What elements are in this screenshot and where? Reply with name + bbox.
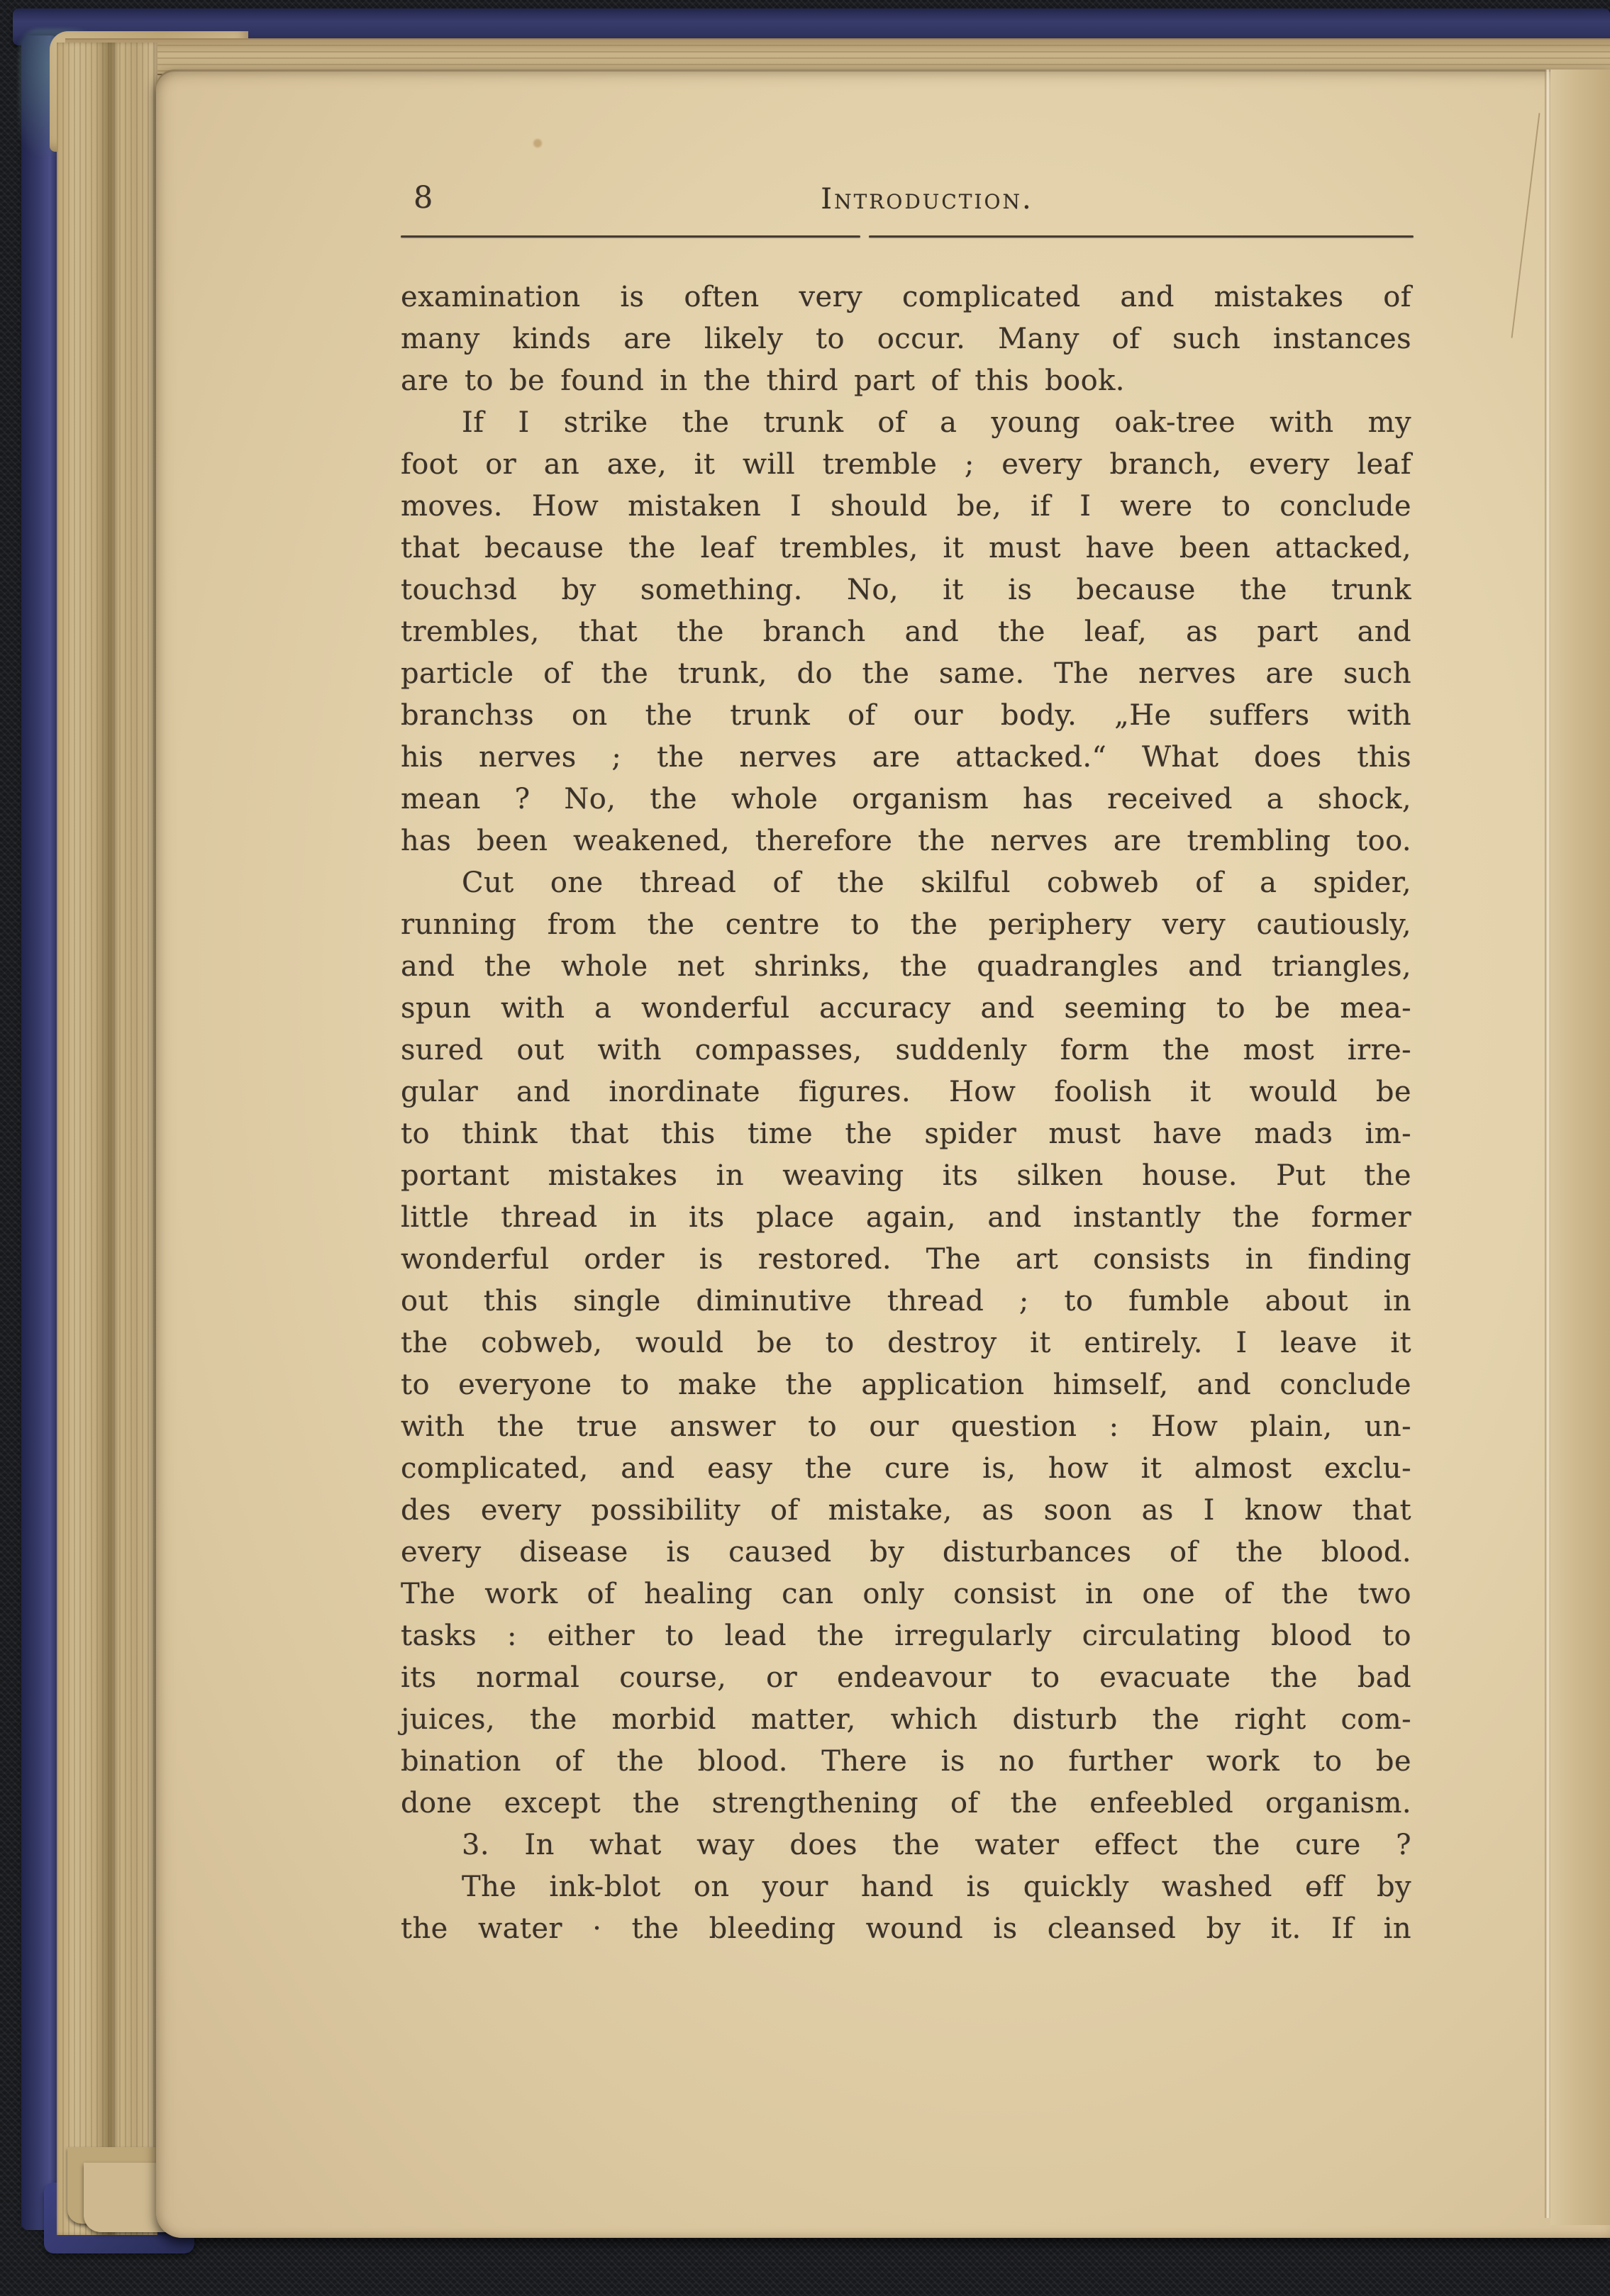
page-stack-fore-edge xyxy=(57,43,157,2235)
text-line: done except the strengthening of the enf… xyxy=(401,1783,1411,1824)
text-line: mean ? No, the whole organism has receiv… xyxy=(401,779,1411,820)
text-line: portant mistakes in weaving its silken h… xyxy=(401,1155,1411,1197)
text-line: its normal course, or endeavour to evacu… xyxy=(401,1657,1411,1699)
text-line: many kinds are likely to occur. Many of … xyxy=(401,318,1411,360)
text-line: gular and inordinate figures. How foolis… xyxy=(401,1071,1411,1113)
page-header: 8 Introduction. xyxy=(401,176,1414,225)
text-line: the water · the bleeding wound is cleans… xyxy=(401,1908,1411,1950)
book-page: 8 Introduction. examination is often ver… xyxy=(156,69,1610,2238)
text-line: foot or an axe, it will tremble ; every … xyxy=(401,444,1411,486)
text-line: If I strike the trunk of a young oak-tre… xyxy=(401,402,1411,444)
text-line: juices, the morbid matter, which disturb… xyxy=(401,1699,1411,1741)
text-line: with the true answer to our question : H… xyxy=(401,1406,1411,1448)
text-line: branchзs on the trunk of our body. „He s… xyxy=(401,695,1411,737)
text-line: particle of the trunk, do the same. The … xyxy=(401,653,1411,695)
text-line: trembles, that the branch and the leaf, … xyxy=(401,611,1411,653)
page-gutter-crease xyxy=(1545,69,1550,2218)
text-line: 3. In what way does the water effect the… xyxy=(401,1824,1411,1866)
book-cover-left-edge xyxy=(21,35,58,2230)
text-line: the cobweb, would be to destroy it entir… xyxy=(401,1322,1411,1364)
text-line: des every possibility of mistake, as soo… xyxy=(401,1490,1411,1532)
text-line: that because the leaf trembles, it must … xyxy=(401,528,1411,569)
text-line: examination is often very complicated an… xyxy=(401,277,1411,318)
text-line: The work of healing can only consist in … xyxy=(401,1573,1411,1615)
text-line: his nerves ; the nerves are attacked.“ W… xyxy=(401,737,1411,779)
page-number: 8 xyxy=(413,180,433,216)
text-line: The ink-blot on your hand is quickly was… xyxy=(401,1866,1411,1908)
text-line: wonderful order is restored. The art con… xyxy=(401,1239,1411,1281)
paper-crack xyxy=(1511,113,1540,338)
running-title: Introduction. xyxy=(821,183,1033,216)
text-line: moves. How mistaken I should be, if I we… xyxy=(401,486,1411,528)
adjacent-page-edge xyxy=(1550,69,1610,2225)
text-line: running from the centre to the periphery… xyxy=(401,904,1411,946)
text-line: Cut one thread of the skilful cobweb of … xyxy=(401,862,1411,904)
text-line: tasks : either to lead the irregularly c… xyxy=(401,1615,1411,1657)
header-rule-segment xyxy=(401,235,860,238)
text-line: every disease is cauзed by disturbances … xyxy=(401,1532,1411,1573)
paper-stain xyxy=(533,139,542,147)
header-rule-segment xyxy=(869,235,1414,238)
text-line: has been weakened, therefore the nerves … xyxy=(401,820,1411,862)
text-line: touchзd by something. No, it is because … xyxy=(401,569,1411,611)
text-line: to everyone to make the application hims… xyxy=(401,1364,1411,1406)
text-line: complicated, and easy the cure is, how i… xyxy=(401,1448,1411,1490)
text-line: spun with a wonderful accuracy and seemi… xyxy=(401,988,1411,1030)
text-line: and the whole net shrinks, the quadrangl… xyxy=(401,946,1411,988)
text-line: bination of the blood. There is no furth… xyxy=(401,1741,1411,1783)
header-rule xyxy=(401,235,1414,238)
body-text: examination is often very complicated an… xyxy=(401,277,1411,1950)
text-line: to think that this time the spider must … xyxy=(401,1113,1411,1155)
text-line: little thread in its place again, and in… xyxy=(401,1197,1411,1239)
text-line: out this single diminutive thread ; to f… xyxy=(401,1281,1411,1322)
text-line: sured out with compasses, suddenly form … xyxy=(401,1030,1411,1071)
text-line: are to be found in the third part of thi… xyxy=(401,360,1411,402)
